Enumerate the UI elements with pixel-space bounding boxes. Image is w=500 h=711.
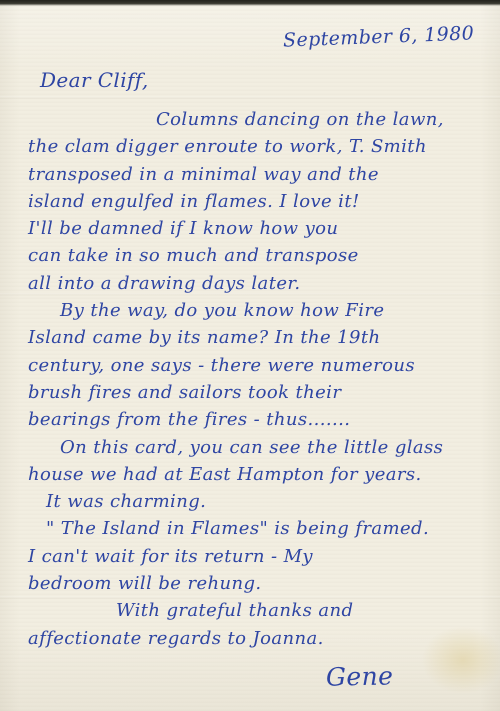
body-line: With grateful thanks and [28,597,482,624]
body-line: It was charming. [28,488,482,515]
body-line: On this card, you can see the little gla… [28,434,482,461]
body-line: house we had at East Hampton for years. [28,461,482,488]
body-line: By the way, do you know how Fire [28,297,482,324]
body-line: century, one says - there were numerous [28,352,482,379]
body-line: transposed in a minimal way and the [28,161,482,188]
body-line: can take in so much and transpose [28,242,482,269]
body-line: Columns dancing on the lawn, [28,106,482,133]
letter-page: September 6, 1980 Dear Cliff, Columns da… [0,0,500,711]
body-line: island engulfed in flames. I love it! [28,188,482,215]
body-line: I'll be damned if I know how you [28,215,482,242]
body-line: I can't wait for its return - My [28,543,482,570]
body-line: affectionate regards to Joanna. [28,625,482,652]
paper-crease [0,96,500,99]
letter-body: Columns dancing on the lawn, the clam di… [28,106,482,652]
body-line: brush fires and sailors took their [28,379,482,406]
body-line: Island came by its name? In the 19th [28,324,482,351]
body-line: all into a drawing days later. [28,270,482,297]
body-line: " The Island in Flames" is being framed. [28,515,482,542]
body-line: the clam digger enroute to work, T. Smit… [28,133,482,160]
date-line: September 6, 1980 [282,22,474,51]
scan-edge-top [0,0,500,6]
signature: Gene [326,661,394,691]
salutation: Dear Cliff, [40,68,149,92]
body-line: bearings from the fires - thus....... [28,406,482,433]
body-line: bedroom will be rehung. [28,570,482,597]
